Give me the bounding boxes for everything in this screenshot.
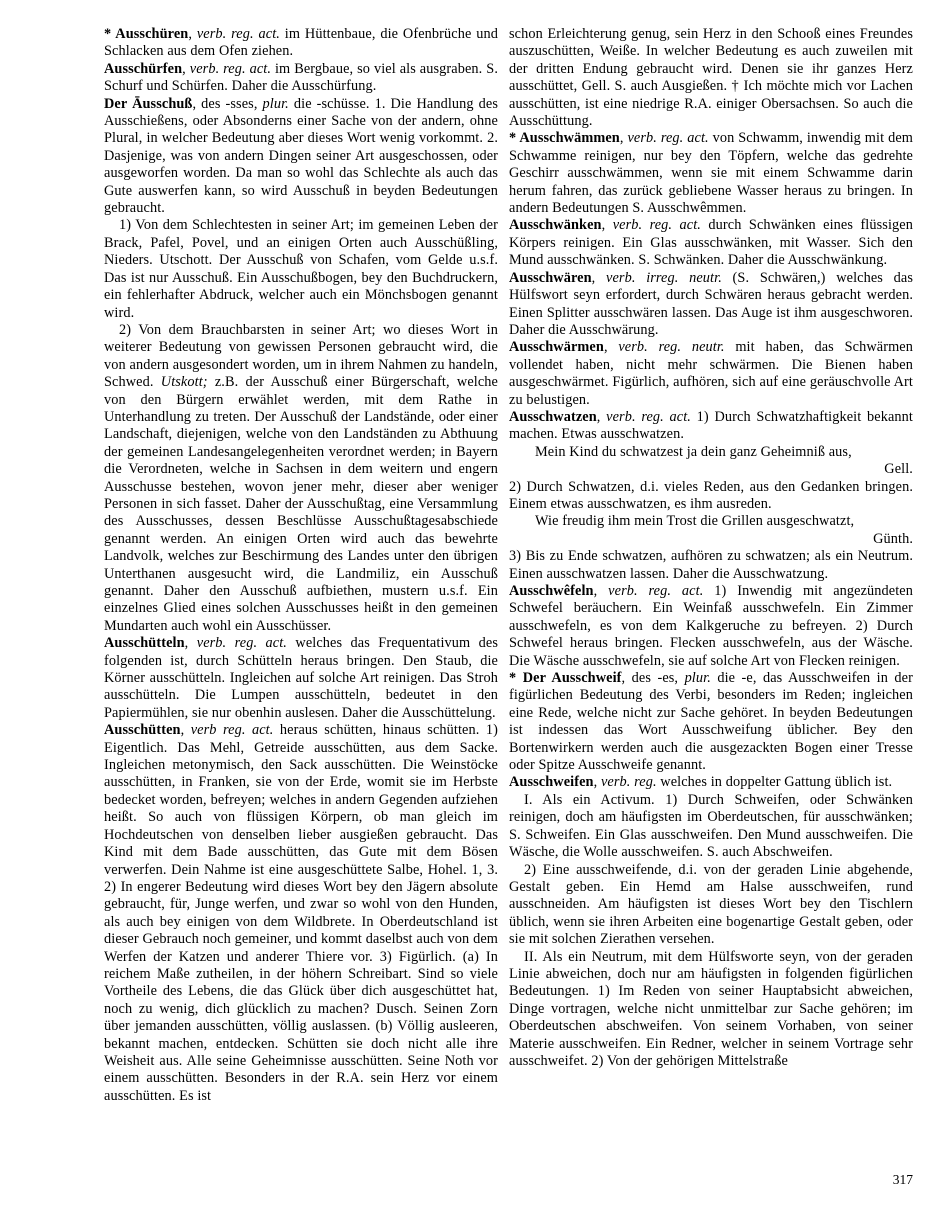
entry-ausschwaeren: Ausschwären, verb. irreg. neutr. (S. Sch…: [509, 270, 913, 340]
sense-ausschwatzen-2: 2) Durch Schwatzen, d.i. vieles Reden, a…: [509, 479, 913, 514]
sense-ausschweifen-neutrum: II. Als ein Neutrum, mit dem Hülfsworte …: [509, 949, 913, 1071]
dictionary-page: * Ausschüren, verb. reg. act. im Hüttenb…: [0, 0, 935, 1210]
verse-attribution: Gell.: [509, 461, 913, 478]
sense-ausschweifen-activum: I. Als ein Activum. 1) Durch Schweifen, …: [509, 792, 913, 862]
page-number: 317: [893, 1172, 913, 1188]
entry-ausschwaermen: Ausschwärmen, verb. reg. neutr. mit habe…: [509, 339, 913, 409]
verse-line: Mein Kind du schwatzest ja dein ganz Geh…: [509, 444, 913, 461]
sense-ausschwatzen-3: 3) Bis zu Ende schwatzen, aufhören zu sc…: [509, 548, 913, 583]
entry-ausschuerfen: Ausschürfen, verb. reg. act. im Bergbaue…: [104, 61, 498, 96]
text-column-right: schon Erleichterung genug, sein Herz in …: [509, 26, 913, 1070]
sense-ausschweifen-activum-2: 2) Eine ausschweifende, d.i. von der ger…: [509, 862, 913, 949]
sense-ausschuss-1: 1) Von dem Schlechtesten in seiner Art; …: [104, 217, 498, 321]
entry-ausschwaemmen: * Ausschwämmen, verb. reg. act. von Schw…: [509, 130, 913, 217]
entry-ausschweifen: Ausschweifen, verb. reg. welches in dopp…: [509, 774, 913, 791]
entry-ausschweif: * Der Ausschweif, des -es, plur. die -e,…: [509, 670, 913, 774]
entry-ausschwefeln: Ausschwêfeln, verb. reg. act. 1) Inwendi…: [509, 583, 913, 670]
entry-ausschwatzen: Ausschwatzen, verb. reg. act. 1) Durch S…: [509, 409, 913, 444]
verse-line: Wie freudig ihm mein Trost die Grillen a…: [509, 513, 913, 530]
entry-ausschuetten: Ausschütten, verb reg. act. heraus schüt…: [104, 722, 498, 1105]
entry-ausschuetten-continued: schon Erleichterung genug, sein Herz in …: [509, 26, 913, 130]
entry-ausschueren: * Ausschüren, verb. reg. act. im Hüttenb…: [104, 26, 498, 61]
sense-ausschuss-2: 2) Von dem Brauchbarsten in seiner Art; …: [104, 322, 498, 635]
verse-attribution: Günth.: [509, 531, 913, 548]
entry-ausschwaenken: Ausschwänken, verb. reg. act. durch Schw…: [509, 217, 913, 269]
text-column-left: * Ausschüren, verb. reg. act. im Hüttenb…: [104, 26, 498, 1105]
entry-ausschuetteln: Ausschütteln, verb. reg. act. welches da…: [104, 635, 498, 722]
entry-ausschuss: Der Āusschuß, des -sses, plur. die -schü…: [104, 96, 498, 218]
